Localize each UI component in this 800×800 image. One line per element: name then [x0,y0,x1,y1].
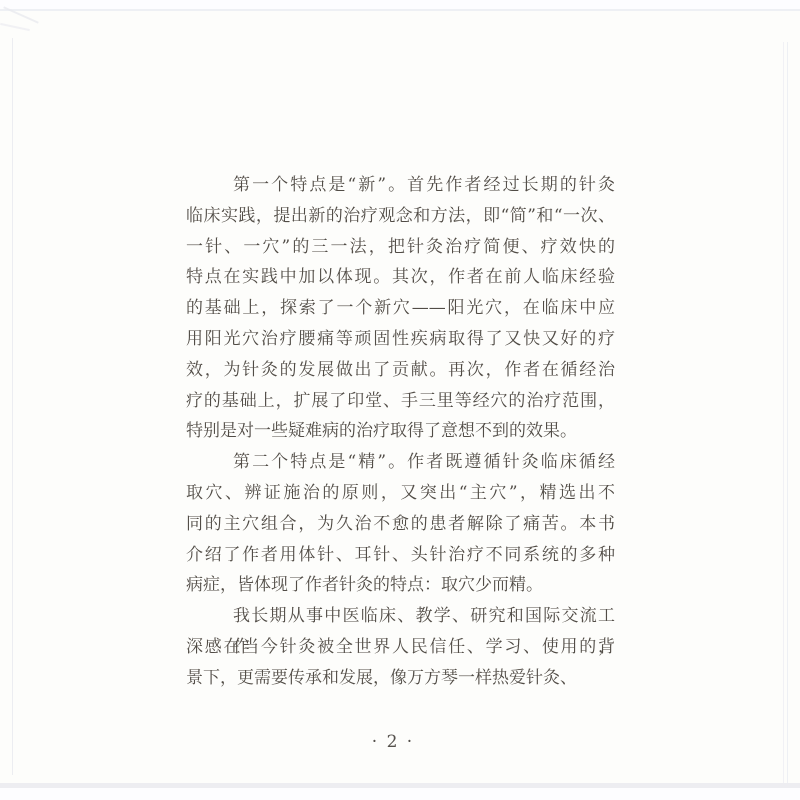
text-line: 取穴、辨证施治的原则，又突出“主穴”，精选出不 [186,478,615,509]
text-line: 病症，皆体现了作者针灸的特点：取穴少而精。 [186,570,615,601]
scan-edge-bottom-line [0,783,800,788]
scan-edge-top-line [0,9,800,11]
text-line: 效，为针灸的发展做出了贡献。再次，作者在循经治 [186,355,615,386]
text-line: 的基础上，探索了一个新穴——阳光穴，在临床中应 [186,293,615,324]
scan-edge-left-line [12,38,13,775]
text-line: 介绍了作者用体针、耳针、头针治疗不同系统的多种 [186,540,615,571]
text-line: 疗的基础上，扩展了印堂、手三里等经穴的治疗范围， [186,386,615,417]
text-line: 第一个特点是“新”。首先作者经过长期的针灸 [186,170,615,201]
text-line: 景下，更需要传承和发展，像万方琴一样热爱针灸、 [186,663,615,694]
text-block: 第一个特点是“新”。首先作者经过长期的针灸临床实践，提出新的治疗观念和方法，即“… [186,170,615,694]
scanned-book-page: 第一个特点是“新”。首先作者经过长期的针灸临床实践，提出新的治疗观念和方法，即“… [0,0,800,800]
text-line: 深感在当今针灸被全世界人民信任、学习、使用的背 [186,632,615,663]
scan-edge-right-line [787,42,788,784]
text-line: 特点在实践中加以体现。其次，作者在前人临床经验 [186,262,615,293]
text-line: 第二个特点是“精”。作者既遵循针灸临床循经 [186,447,615,478]
scan-edge-top-strip [0,0,800,9]
text-line: 特别是对一些疑难病的治疗取得了意想不到的效果。 [186,416,615,447]
scan-corner-artifact [3,6,39,23]
text-line: 同的主穴组合，为久治不愈的患者解除了痛苦。本书 [186,509,615,540]
text-line: 一针、一穴”的三一法，把针灸治疗简便、疗效快的 [186,232,615,263]
scan-edge-right-line [783,42,784,784]
text-line: 我长期从事中医临床、教学、研究和国际交流工作， [186,601,615,632]
page-number: · 2 · [186,732,600,752]
scan-edge-bottom-strip [0,788,800,800]
text-line: 用阳光穴治疗腰痛等顽固性疾病取得了又快又好的疗 [186,324,615,355]
text-line: 临床实践，提出新的治疗观念和方法，即“简”和“一次、 [186,201,615,232]
scan-corner-artifact [0,23,30,31]
